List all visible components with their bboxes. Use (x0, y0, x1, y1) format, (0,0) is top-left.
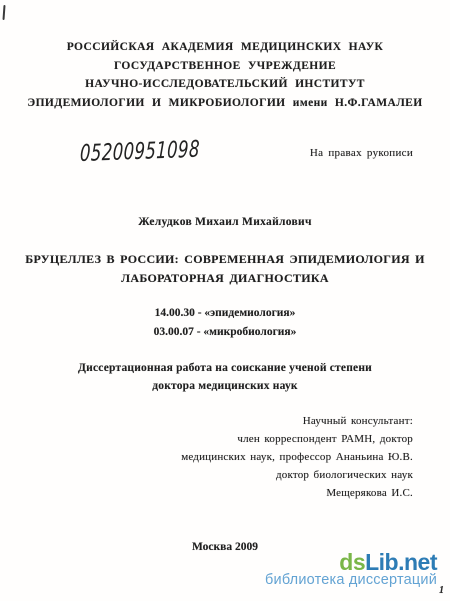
degree-statement-line: доктора медицинских наук (0, 377, 450, 395)
institution-line: РОССИЙСКАЯ АКАДЕМИЯ МЕДИЦИНСКИХ НАУК (0, 38, 450, 57)
dslib-subtitle: библиотека диссертаций (265, 573, 437, 588)
dslib-logo: dsLib.net (265, 551, 437, 573)
consultant-line: медицинских наук, профессор Ананьина Ю.В… (181, 448, 413, 466)
dissertation-title-page: РОССИЙСКАЯ АКАДЕМИЯ МЕДИЦИНСКИХ НАУК ГОС… (0, 0, 450, 601)
consultant-block: Научный консультант: член корреспондент … (181, 412, 413, 502)
specialty-codes: 14.00.30 - «эпидемиология» 03.00.07 - «м… (0, 304, 450, 341)
dissertation-title-line: БРУЦЕЛЛЕЗ В РОССИИ: СОВРЕМЕННАЯ ЭПИДЕМИО… (0, 250, 450, 269)
degree-statement-line: Диссертационная работа на соискание учен… (0, 359, 450, 377)
consultant-line: член корреспондент РАМН, доктор (181, 430, 413, 448)
dissertation-title: БРУЦЕЛЛЕЗ В РОССИИ: СОВРЕМЕННАЯ ЭПИДЕМИО… (0, 250, 450, 288)
specialty-code-line: 03.00.07 - «микробиология» (0, 323, 450, 342)
consultant-label: Научный консультант: (181, 412, 413, 430)
specialty-code-line: 14.00.30 - «эпидемиология» (0, 304, 450, 323)
dissertation-title-line: ЛАБОРАТОРНАЯ ДИАГНОСТИКА (0, 269, 450, 288)
institution-line: НАУЧНО-ИССЛЕДОВАТЕЛЬСКИЙ ИНСТИТУТ (0, 75, 450, 94)
consultant-line: доктор биологических наук (181, 466, 413, 484)
institution-header: РОССИЙСКАЯ АКАДЕМИЯ МЕДИЦИНСКИХ НАУК ГОС… (0, 38, 450, 112)
pen-mark (2, 5, 5, 20)
consultant-line: Мещерякова И.С. (181, 484, 413, 502)
degree-statement: Диссертационная работа на соискание учен… (0, 359, 450, 395)
institution-line: ЭПИДЕМИОЛОГИИ И МИКРОБИОЛОГИИ имени Н.Ф.… (0, 94, 450, 113)
author-name: Желудков Михаил Михайлович (0, 216, 450, 228)
manuscript-rights-note: На правах рукописи (310, 147, 413, 159)
institution-line: ГОСУДАРСТВЕННОЕ УЧРЕЖДЕНИЕ (0, 57, 450, 76)
page-number: 1 (439, 585, 444, 596)
dslib-watermark: dsLib.net библиотека диссертаций (265, 551, 437, 588)
handwritten-registration-number: 05200951098 (80, 137, 201, 167)
